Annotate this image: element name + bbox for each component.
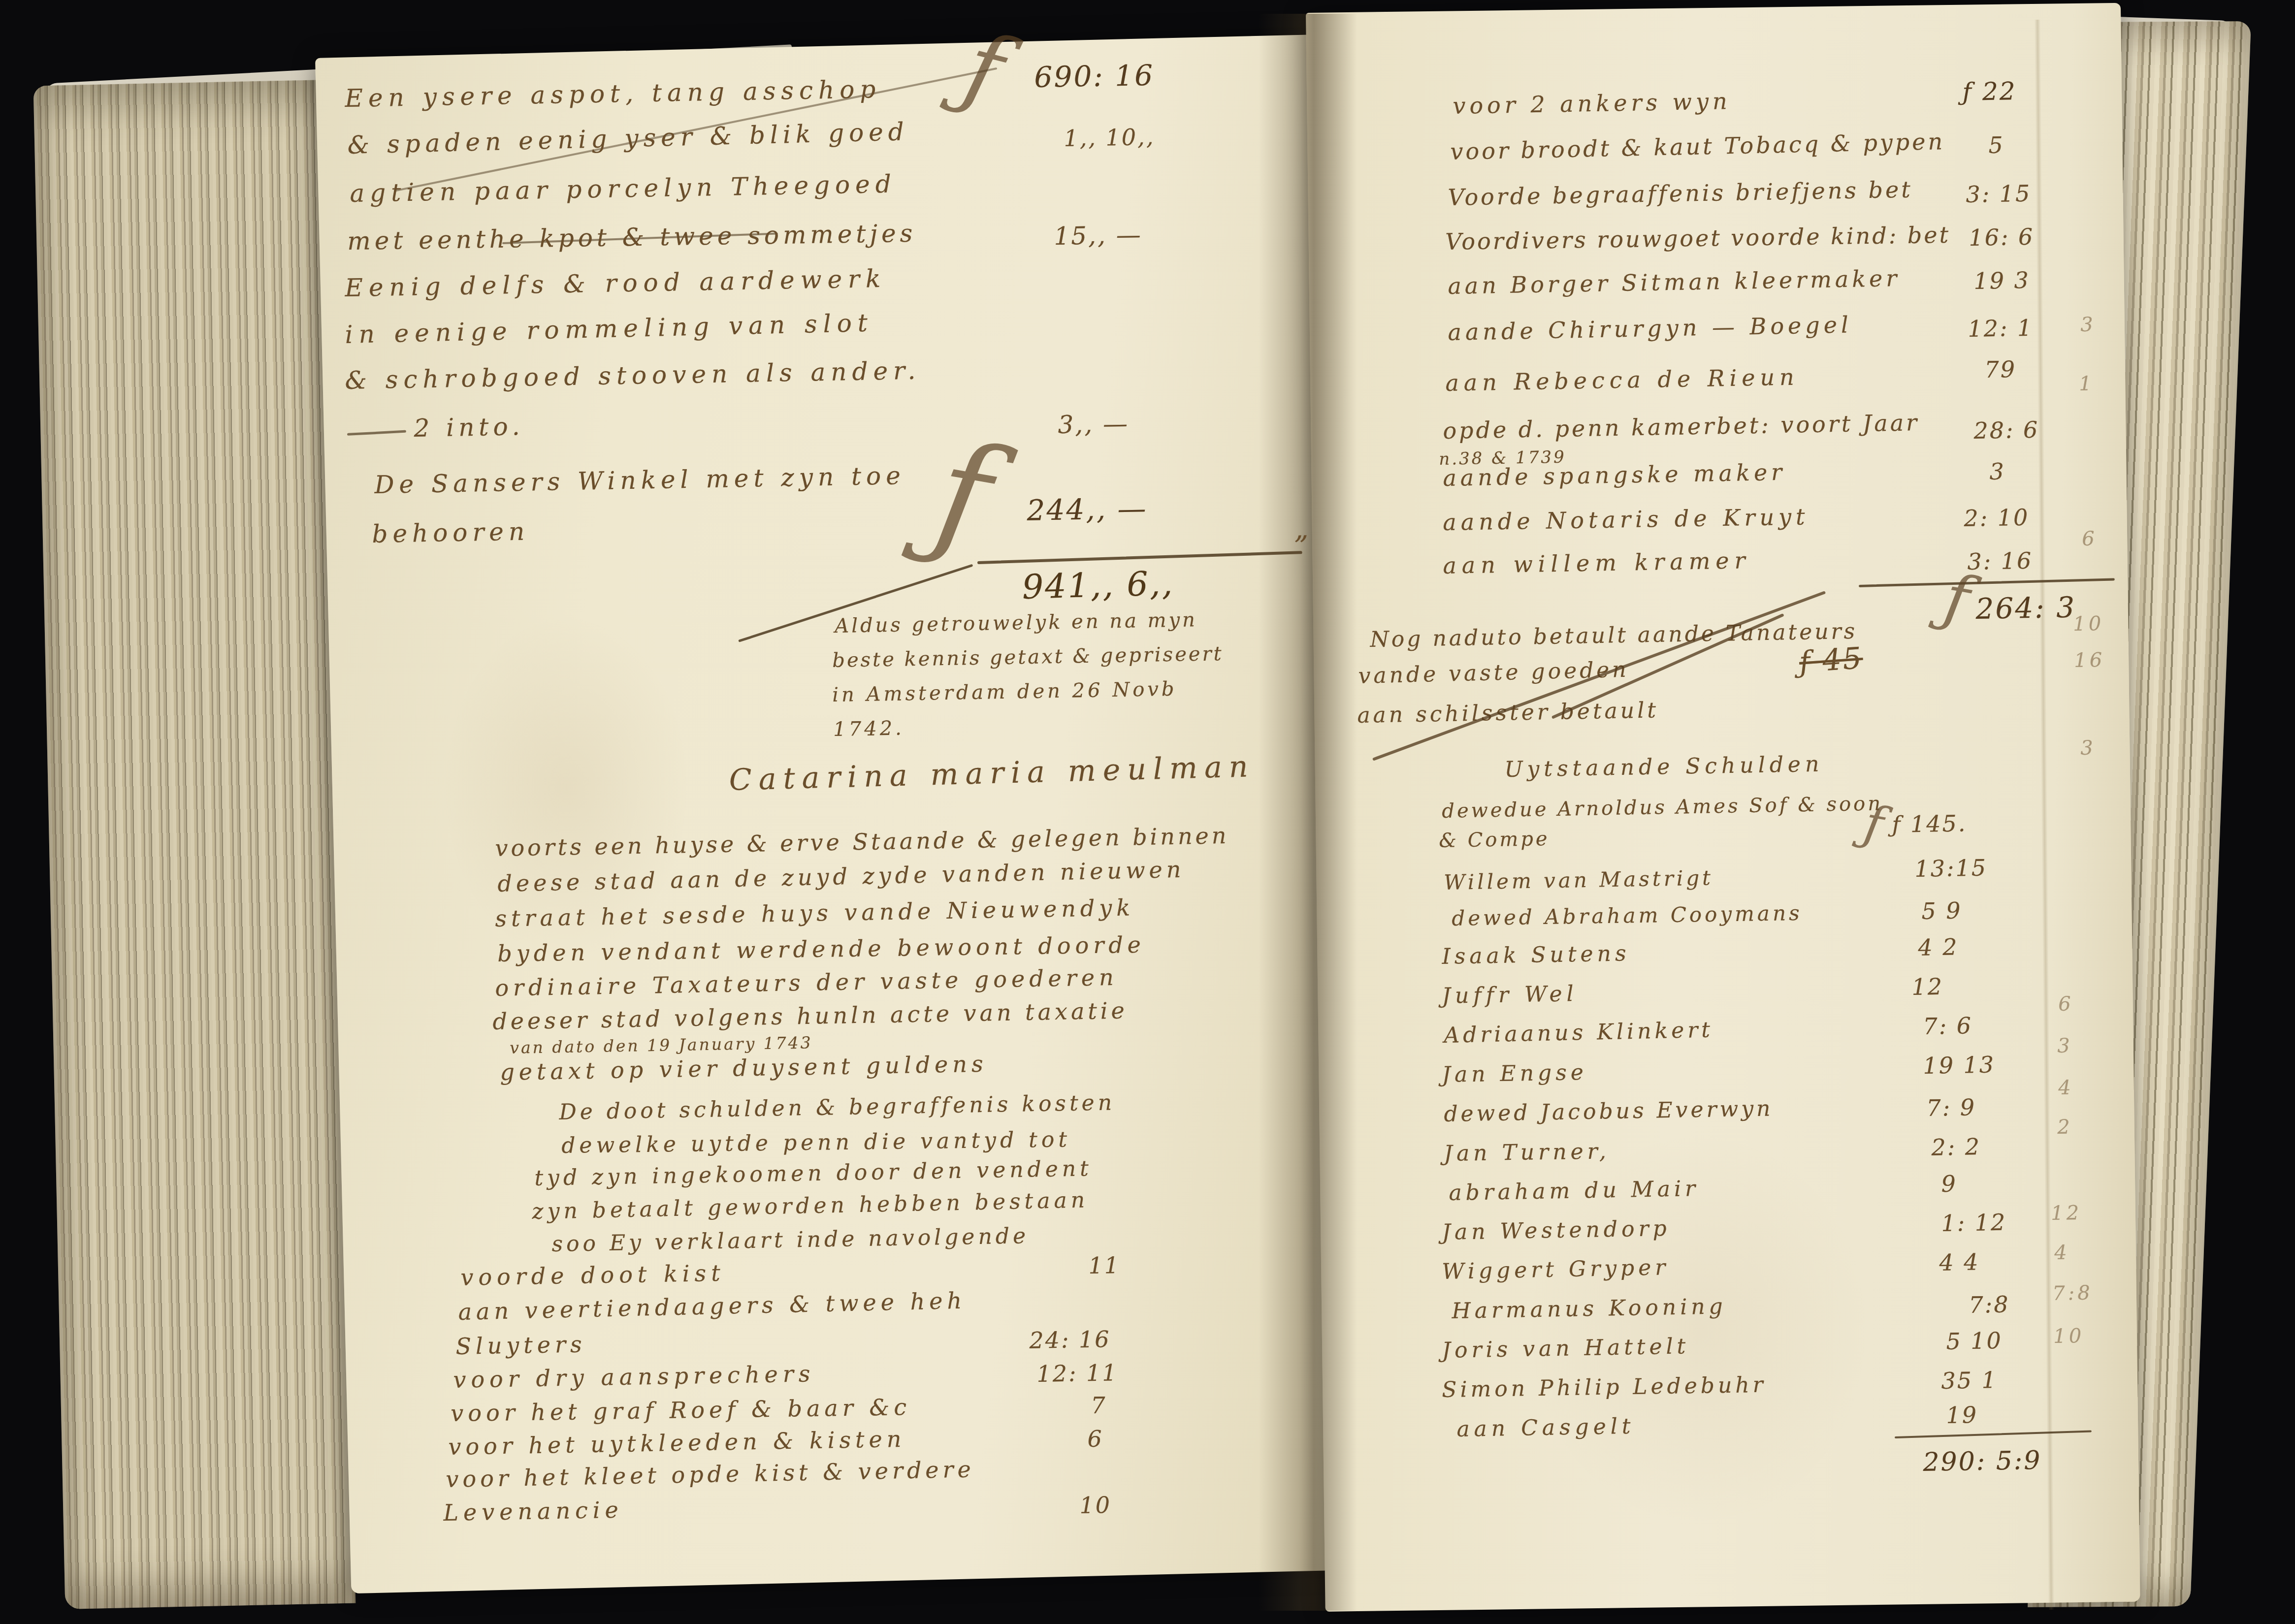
- funeral-line: voor het graf Roef & baar &c: [451, 1396, 911, 1425]
- debt-line: dewed Abraham Cooymans: [1452, 903, 1803, 929]
- debts-heading: Uytstaande Schulden: [1504, 754, 1824, 781]
- payment-amount: 3: 16: [1967, 549, 2033, 573]
- debt-amount: 12: [1911, 975, 1943, 998]
- payment-line: aande Notaris de Kruyt: [1443, 505, 1810, 534]
- debt-amount: 4 4: [1939, 1251, 1980, 1274]
- inventory-amount: 690: 16: [1034, 61, 1154, 92]
- funeral-amount: 24: 16: [1029, 1328, 1111, 1352]
- payment-line: Voordivers rouwgoet voorde kind: bet: [1445, 223, 1950, 253]
- funeral-amount: 6: [1087, 1427, 1103, 1450]
- edge-number: 1: [2079, 374, 2095, 394]
- payment-amount: 12: 1: [1968, 317, 2034, 340]
- debt-amount: 5 9: [1921, 899, 1962, 923]
- edge-number: 6: [2058, 994, 2074, 1014]
- inventory-line: met eenthe kpot & twee sommetjes: [347, 221, 917, 254]
- edge-number: 12: [2051, 1203, 2082, 1223]
- debt-line: Jan Engse: [1442, 1062, 1587, 1086]
- payment-amount: 5: [1988, 133, 2004, 157]
- attestation-line: Aldus getrouwelyk en na myn: [835, 610, 1197, 636]
- payment-amount: 19 3: [1973, 269, 2030, 292]
- edge-number: 4: [2058, 1078, 2074, 1098]
- payment-amount: 2: 10: [1964, 506, 2030, 530]
- inserted-date-line: van dato den 19 January 1743: [510, 1034, 813, 1056]
- debt-line: aan Casgelt: [1456, 1416, 1635, 1440]
- inventory-amount: 3,, —: [1058, 411, 1129, 437]
- funeral-line: Levenancie: [443, 1498, 623, 1524]
- edge-number: 10: [2073, 614, 2104, 634]
- photo-background: { "scene": { "description": "Open handwr…: [0, 0, 2295, 1624]
- edge-number: 7:8: [2052, 1283, 2093, 1304]
- funeral-amount: 7: [1091, 1394, 1107, 1417]
- funeral-amount: 12: 11: [1036, 1361, 1118, 1385]
- debt-amount: 13:15: [1914, 856, 1987, 880]
- debt-line: Isaak Sutens: [1442, 943, 1630, 968]
- debt-amount: 7: 9: [1926, 1096, 1976, 1119]
- funeral-amount: 10: [1079, 1494, 1111, 1517]
- debt-amount: 1: 12: [1941, 1211, 2007, 1235]
- debt-line: Willem van Mastrigt: [1444, 867, 1713, 893]
- payment-line: aan Rebecca de Rieun: [1445, 365, 1799, 394]
- debt-line: Joris van Hattelt: [1442, 1336, 1690, 1362]
- edge-number: 3: [2080, 738, 2096, 758]
- crossed-amount: ƒ 45: [1798, 643, 1864, 677]
- debt-amount: 2: 2: [1931, 1135, 1981, 1159]
- edge-number: 3: [2080, 315, 2096, 335]
- debt-line: & Compe: [1439, 829, 1550, 851]
- debt-line: Jan Westendorp: [1442, 1218, 1671, 1243]
- inventory-line: 2 into.: [414, 414, 524, 441]
- payment-amount: 28: 6: [1973, 418, 2039, 442]
- debt-line: abraham du Mair: [1449, 1178, 1700, 1204]
- edge-number: 3: [2057, 1036, 2073, 1056]
- funeral-line: voorde doot kist: [460, 1262, 725, 1289]
- debt-line: Juffr Wel: [1442, 983, 1578, 1007]
- payment-amount: 16: 6: [1969, 225, 2035, 249]
- left-page-edges: [33, 80, 356, 1609]
- edge-number: 10: [2053, 1326, 2085, 1346]
- payment-line: aan willem kramer: [1443, 549, 1751, 577]
- shop-line: behooren: [372, 519, 530, 546]
- attestation-line: in Amsterdam den 26 Novb: [832, 679, 1177, 705]
- payment-line: voor 2 ankers wyn: [1453, 90, 1731, 117]
- debt-line: dewed Jacobus Everwyn: [1444, 1098, 1774, 1125]
- shop-amount: 244,, —: [1027, 494, 1148, 525]
- funeral-intro-line: dewelke uytde penn die vantyd tot: [561, 1129, 1071, 1157]
- debt-amount: 4 2: [1918, 936, 1959, 959]
- debt-amount: ƒ 145.: [1892, 812, 1967, 836]
- edge-number: 6: [2082, 529, 2098, 549]
- edge-number: 16: [2074, 650, 2105, 670]
- funeral-line: Sluyters: [455, 1333, 586, 1358]
- debt-line: Wiggert Gryper: [1442, 1257, 1670, 1283]
- crossed-line: aan schilsster betault: [1357, 700, 1659, 727]
- funeral-amount: 11: [1088, 1254, 1120, 1277]
- payment-amount: 79: [1984, 358, 2016, 381]
- payment-line: aande spangske maker: [1443, 461, 1786, 489]
- attestation-line: 1742.: [833, 718, 905, 739]
- debt-amount: 7: 6: [1923, 1014, 1972, 1038]
- debt-amount: 5 10: [1946, 1329, 2003, 1353]
- crossed-line: vande vaste goeden: [1358, 659, 1629, 687]
- debt-amount: 7:8: [1969, 1293, 2010, 1316]
- inventory-amount: 1,, 10,,: [1064, 126, 1155, 150]
- edge-number: 4: [2054, 1242, 2070, 1263]
- debt-amount: 9: [1941, 1172, 1957, 1195]
- debt-line: Adriaanus Klinkert: [1444, 1019, 1713, 1047]
- left-page-total: 941,, 6,,: [1022, 567, 1174, 605]
- payment-amount: 3: 15: [1966, 182, 2032, 206]
- payment-amount: ƒ 22: [1962, 79, 2017, 104]
- payment-amount: 3: [1989, 460, 2005, 483]
- payments-total: 264: 3: [1975, 593, 2076, 623]
- debts-total: 290: 5:9: [1923, 1448, 2042, 1475]
- inventory-amount: 15,, —: [1054, 223, 1142, 249]
- debt-line: Harmanus Kooning: [1452, 1296, 1727, 1322]
- funeral-line: voor dry aansprechers: [453, 1362, 815, 1391]
- debt-amount: 35 1: [1941, 1369, 1998, 1392]
- debt-line: Simon Philip Ledebuhr: [1442, 1374, 1767, 1401]
- debt-line: Jan Turner,: [1444, 1141, 1610, 1165]
- ditto-mark: „: [1294, 515, 1312, 543]
- debt-amount: 19 13: [1923, 1053, 1995, 1077]
- edge-number: 2: [2057, 1117, 2073, 1137]
- debt-amount: 19: [1946, 1403, 1978, 1427]
